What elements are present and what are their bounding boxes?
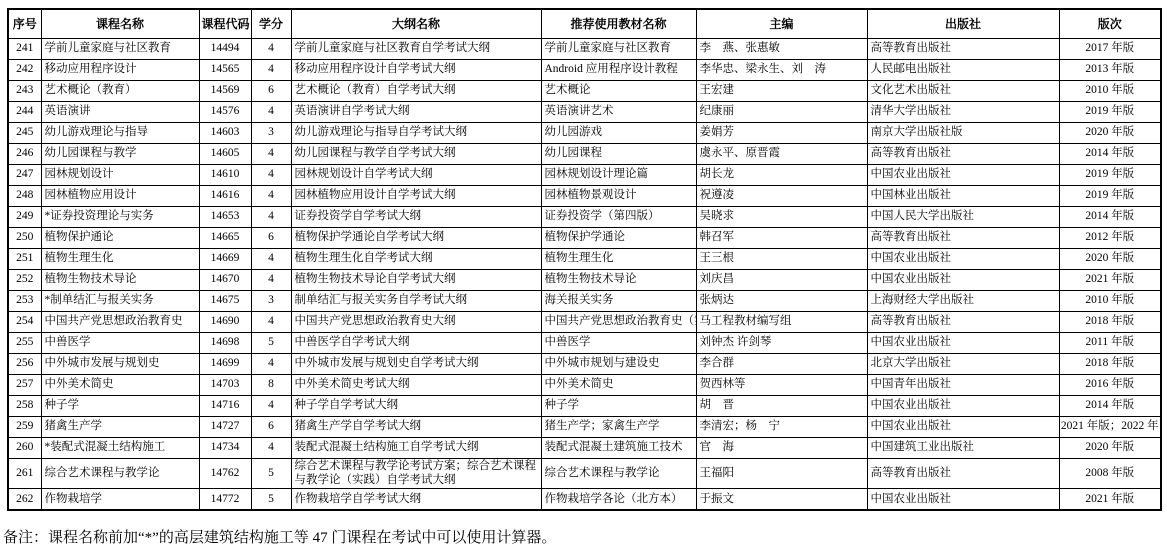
table-row: 244英语演讲145764英语演讲自学考试大纲英语演讲艺术纪康丽清华大学出版社2… — [8, 101, 1161, 122]
table-cell: 高等教育出版社 — [867, 143, 1059, 164]
table-cell: 综合艺术课程与教学论考试方案；综合艺术课程与教学论（实践）自学考试大纲 — [291, 458, 541, 489]
table-cell: 植物生物技术导论 — [41, 269, 199, 290]
table-cell: 250 — [8, 227, 41, 248]
table-cell: 中国青年出版社 — [867, 374, 1059, 395]
table-cell: 14716 — [199, 395, 251, 416]
table-cell: 248 — [8, 185, 41, 206]
table-cell: 254 — [8, 311, 41, 332]
table-cell: 猪禽生产学 — [41, 416, 199, 437]
table-cell: 姜娟芳 — [696, 122, 867, 143]
table-cell: 艺术概论（教育） — [41, 80, 199, 101]
table-cell: 上海财经大学出版社 — [867, 290, 1059, 311]
table-cell: 2021 年版 — [1059, 489, 1161, 510]
table-cell: 2013 年版 — [1059, 59, 1161, 80]
table-row: 256中外城市发展与规划史146994中外城市发展与规划史自学考试大纲中外城市规… — [8, 353, 1161, 374]
table-body: 241学前儿童家庭与社区教育144944学前儿童家庭与社区教育自学考试大纲学前儿… — [8, 38, 1161, 510]
table-cell: 清华大学出版社 — [867, 101, 1059, 122]
table-cell: 14576 — [199, 101, 251, 122]
table-cell: 中国共产党思想政治教育史大纲 — [291, 311, 541, 332]
table-cell: 学前儿童家庭与社区教育 — [41, 38, 199, 59]
table-cell: 李合群 — [696, 353, 867, 374]
table-cell: 2012 年版 — [1059, 227, 1161, 248]
table-cell: 移动应用程序设计 — [41, 59, 199, 80]
table-cell: 253 — [8, 290, 41, 311]
table-cell: 园林植物景观设计 — [541, 185, 696, 206]
table-cell: *证券投资理论与实务 — [41, 206, 199, 227]
table-cell: 2011 年版 — [1059, 332, 1161, 353]
table-cell: 植物生物技术导论自学考试大纲 — [291, 269, 541, 290]
table-cell: 258 — [8, 395, 41, 416]
table-cell: 北京大学出版社 — [867, 353, 1059, 374]
column-header: 学分 — [251, 9, 291, 38]
table-cell: 251 — [8, 248, 41, 269]
table-cell: 14565 — [199, 59, 251, 80]
table-cell: 261 — [8, 458, 41, 489]
table-cell: 中国共产党思想政治教育史（第二版） — [541, 311, 696, 332]
table-cell: 中国农业出版社 — [867, 332, 1059, 353]
table-cell: 2018 年版 — [1059, 311, 1161, 332]
table-cell: 植物生理生化自学考试大纲 — [291, 248, 541, 269]
table-cell: 作物栽培学 — [41, 489, 199, 510]
table-cell: 植物保护学通论自学考试大纲 — [291, 227, 541, 248]
table-cell: 4 — [251, 311, 291, 332]
column-header: 版次 — [1059, 9, 1161, 38]
table-cell: 2019 年版 — [1059, 101, 1161, 122]
table-cell: 4 — [251, 143, 291, 164]
table-cell: 4 — [251, 395, 291, 416]
table-cell: 幼儿园课程与教学自学考试大纲 — [291, 143, 541, 164]
table-cell: 257 — [8, 374, 41, 395]
table-cell: 中兽医学自学考试大纲 — [291, 332, 541, 353]
table-cell: 中国农业出版社 — [867, 489, 1059, 510]
table-cell: 2019 年版 — [1059, 164, 1161, 185]
table-cell: 王福阳 — [696, 458, 867, 489]
table-cell: 王宏建 — [696, 80, 867, 101]
table-cell: 幼儿园课程 — [541, 143, 696, 164]
table-cell: 中外城市发展与规划史 — [41, 353, 199, 374]
table-cell: 植物保护学通论 — [541, 227, 696, 248]
table-cell: 园林规划设计 — [41, 164, 199, 185]
table-cell: 中国建筑工业出版社 — [867, 437, 1059, 458]
table-cell: 14603 — [199, 122, 251, 143]
table-row: 247园林规划设计146104园林规划设计自学考试大纲园林规划设计理论篇胡长龙中… — [8, 164, 1161, 185]
table-row: 261综合艺术课程与教学论147625综合艺术课程与教学论考试方案；综合艺术课程… — [8, 458, 1161, 489]
document-page: 序号课程名称课程代码学分大纲名称推荐使用教材名称主编出版社版次 241学前儿童家… — [0, 0, 1167, 549]
table-cell: 3 — [251, 122, 291, 143]
table-cell: 学前儿童家庭与社区教育自学考试大纲 — [291, 38, 541, 59]
table-cell: 刘庆昌 — [696, 269, 867, 290]
table-cell: 胡长龙 — [696, 164, 867, 185]
table-cell: 文化艺术出版社 — [867, 80, 1059, 101]
header-row: 序号课程名称课程代码学分大纲名称推荐使用教材名称主编出版社版次 — [8, 9, 1161, 38]
table-cell: 马工程教材编写组 — [696, 311, 867, 332]
table-cell: 移动应用程序设计自学考试大纲 — [291, 59, 541, 80]
column-header: 课程代码 — [199, 9, 251, 38]
table-cell: 祝遵凌 — [696, 185, 867, 206]
table-cell: 2020 年版 — [1059, 248, 1161, 269]
table-cell: 综合艺术课程与教学论 — [541, 458, 696, 489]
table-cell: 2016 年版 — [1059, 374, 1161, 395]
column-header: 大纲名称 — [291, 9, 541, 38]
table-cell: 中外城市规划与建设史 — [541, 353, 696, 374]
table-cell: 4 — [251, 185, 291, 206]
table-cell: 制单结汇与报关实务自学考试大纲 — [291, 290, 541, 311]
table-cell: 256 — [8, 353, 41, 374]
table-cell: 高等教育出版社 — [867, 227, 1059, 248]
table-cell: 2014 年版 — [1059, 143, 1161, 164]
table-cell: 8 — [251, 374, 291, 395]
table-cell: 中国农业出版社 — [867, 248, 1059, 269]
table-cell: 植物生理生化 — [41, 248, 199, 269]
table-cell: 植物生物技术导论 — [541, 269, 696, 290]
table-cell: 中国林业出版社 — [867, 185, 1059, 206]
table-cell: 中兽医学 — [541, 332, 696, 353]
table-cell: 4 — [251, 248, 291, 269]
table-cell: 纪康丽 — [696, 101, 867, 122]
table-cell: 种子学 — [541, 395, 696, 416]
table-cell: 6 — [251, 227, 291, 248]
table-row: 260*装配式混凝土结构施工147344装配式混凝土结构施工自学考试大纲装配式混… — [8, 437, 1161, 458]
table-cell: 14653 — [199, 206, 251, 227]
table-cell: 14494 — [199, 38, 251, 59]
table-cell: 14727 — [199, 416, 251, 437]
table-cell: 幼儿园课程与教学 — [41, 143, 199, 164]
table-cell: 高等教育出版社 — [867, 458, 1059, 489]
table-cell: 李清宏；杨 宁 — [696, 416, 867, 437]
column-header: 推荐使用教材名称 — [541, 9, 696, 38]
table-cell: 14616 — [199, 185, 251, 206]
table-cell: 260 — [8, 437, 41, 458]
table-row: 249*证券投资理论与实务146534证券投资学自学考试大纲证券投资学（第四版）… — [8, 206, 1161, 227]
table-cell: 2017 年版 — [1059, 38, 1161, 59]
table-cell: 14772 — [199, 489, 251, 510]
table-cell: 2014 年版 — [1059, 395, 1161, 416]
table-cell: 虞永平、原晋霞 — [696, 143, 867, 164]
course-table: 序号课程名称课程代码学分大纲名称推荐使用教材名称主编出版社版次 241学前儿童家… — [7, 8, 1162, 511]
table-cell: 装配式混凝土建筑施工技术 — [541, 437, 696, 458]
table-cell: 园林规划设计理论篇 — [541, 164, 696, 185]
table-cell: 人民邮电出版社 — [867, 59, 1059, 80]
table-cell: 4 — [251, 437, 291, 458]
table-cell: 吴晓求 — [696, 206, 867, 227]
table-cell: 2020 年版 — [1059, 122, 1161, 143]
column-header: 主编 — [696, 9, 867, 38]
table-cell: 249 — [8, 206, 41, 227]
table-cell: 4 — [251, 353, 291, 374]
table-cell: 4 — [251, 59, 291, 80]
table-cell: 中国农业出版社 — [867, 416, 1059, 437]
table-cell: 李 燕、张惠敏 — [696, 38, 867, 59]
table-cell: 中国人民大学出版社 — [867, 206, 1059, 227]
table-cell: 中国农业出版社 — [867, 269, 1059, 290]
table-row: 253*制单结汇与报关实务146753制单结汇与报关实务自学考试大纲海关报关实务… — [8, 290, 1161, 311]
table-cell: 247 — [8, 164, 41, 185]
table-cell: 2014 年版 — [1059, 206, 1161, 227]
table-cell: 14665 — [199, 227, 251, 248]
table-cell: 14675 — [199, 290, 251, 311]
table-cell: 6 — [251, 80, 291, 101]
table-cell: 官 海 — [696, 437, 867, 458]
table-cell: 植物保护通论 — [41, 227, 199, 248]
table-cell: 14610 — [199, 164, 251, 185]
table-cell: 245 — [8, 122, 41, 143]
table-cell: 14690 — [199, 311, 251, 332]
table-cell: 5 — [251, 332, 291, 353]
table-cell: 2010 年版 — [1059, 80, 1161, 101]
table-cell: 5 — [251, 489, 291, 510]
table-cell: 艺术概论 — [541, 80, 696, 101]
table-cell: 高等教育出版社 — [867, 38, 1059, 59]
table-cell: 张炳达 — [696, 290, 867, 311]
table-cell: 王三根 — [696, 248, 867, 269]
table-cell: 高等教育出版社 — [867, 311, 1059, 332]
column-header: 序号 — [8, 9, 41, 38]
table-cell: 南京大学出版社版 — [867, 122, 1059, 143]
table-cell: 中国农业出版社 — [867, 395, 1059, 416]
table-cell: 作物栽培学各论（北方本） — [541, 489, 696, 510]
table-cell: 胡 晋 — [696, 395, 867, 416]
table-cell: 作物栽培学自学考试大纲 — [291, 489, 541, 510]
table-cell: 园林植物应用设计自学考试大纲 — [291, 185, 541, 206]
table-cell: 中外美术简史 — [41, 374, 199, 395]
table-row: 251植物生理生化146694植物生理生化自学考试大纲植物生理生化王三根中国农业… — [8, 248, 1161, 269]
table-cell: 贺西林等 — [696, 374, 867, 395]
table-cell: 4 — [251, 206, 291, 227]
table-cell: 园林规划设计自学考试大纲 — [291, 164, 541, 185]
table-cell: 学前儿童家庭与社区教育 — [541, 38, 696, 59]
table-cell: 种子学 — [41, 395, 199, 416]
table-cell: 2021 年版 — [1059, 269, 1161, 290]
table-cell: 3 — [251, 290, 291, 311]
table-cell: 14699 — [199, 353, 251, 374]
table-row: 252植物生物技术导论146704植物生物技术导论自学考试大纲植物生物技术导论刘… — [8, 269, 1161, 290]
table-cell: 2021 年版；2022 年 — [1059, 416, 1161, 437]
table-cell: 241 — [8, 38, 41, 59]
column-header: 课程名称 — [41, 9, 199, 38]
table-cell: 14669 — [199, 248, 251, 269]
table-cell: 园林植物应用设计 — [41, 185, 199, 206]
table-cell: 英语演讲自学考试大纲 — [291, 101, 541, 122]
table-cell: 242 — [8, 59, 41, 80]
table-cell: 14605 — [199, 143, 251, 164]
table-cell: 6 — [251, 416, 291, 437]
table-cell: 英语演讲艺术 — [541, 101, 696, 122]
table-cell: 幼儿游戏理论与指导自学考试大纲 — [291, 122, 541, 143]
table-cell: 中国农业出版社 — [867, 164, 1059, 185]
table-row: 259猪禽生产学147276猪禽生产学自学考试大纲猪生产学；家禽生产学李清宏；杨… — [8, 416, 1161, 437]
table-row: 243艺术概论（教育）145696艺术概论（教育）自学考试大纲艺术概论王宏建文化… — [8, 80, 1161, 101]
table-row: 242移动应用程序设计145654移动应用程序设计自学考试大纲Android 应… — [8, 59, 1161, 80]
table-cell: 中外美术简史考试大纲 — [291, 374, 541, 395]
table-cell: 2010 年版 — [1059, 290, 1161, 311]
table-row: 241学前儿童家庭与社区教育144944学前儿童家庭与社区教育自学考试大纲学前儿… — [8, 38, 1161, 59]
table-cell: 2018 年版 — [1059, 353, 1161, 374]
table-cell: 4 — [251, 269, 291, 290]
table-cell: 中外城市发展与规划史自学考试大纲 — [291, 353, 541, 374]
table-cell: 于振文 — [696, 489, 867, 510]
table-cell: Android 应用程序设计教程 — [541, 59, 696, 80]
table-row: 250植物保护通论146656植物保护学通论自学考试大纲植物保护学通论韩召军高等… — [8, 227, 1161, 248]
table-cell: 植物生理生化 — [541, 248, 696, 269]
table-cell: 猪生产学；家禽生产学 — [541, 416, 696, 437]
table-cell: 14734 — [199, 437, 251, 458]
table-cell: 综合艺术课程与教学论 — [41, 458, 199, 489]
table-cell: 4 — [251, 38, 291, 59]
table-cell: 262 — [8, 489, 41, 510]
table-cell: 14698 — [199, 332, 251, 353]
table-row: 248园林植物应用设计146164园林植物应用设计自学考试大纲园林植物景观设计祝… — [8, 185, 1161, 206]
table-cell: 259 — [8, 416, 41, 437]
table-cell: 艺术概论（教育）自学考试大纲 — [291, 80, 541, 101]
table-row: 246幼儿园课程与教学146054幼儿园课程与教学自学考试大纲幼儿园课程虞永平、… — [8, 143, 1161, 164]
table-cell: 2008 年版 — [1059, 458, 1161, 489]
table-row: 258种子学147164种子学自学考试大纲种子学胡 晋中国农业出版社2014 年… — [8, 395, 1161, 416]
table-cell: 255 — [8, 332, 41, 353]
table-cell: 证券投资学（第四版） — [541, 206, 696, 227]
table-row: 254中国共产党思想政治教育史146904中国共产党思想政治教育史大纲中国共产党… — [8, 311, 1161, 332]
table-cell: 中兽医学 — [41, 332, 199, 353]
table-cell: 246 — [8, 143, 41, 164]
table-cell: 4 — [251, 164, 291, 185]
table-cell: 244 — [8, 101, 41, 122]
table-row: 257中外美术简史147038中外美术简史考试大纲中外美术简史贺西林等中国青年出… — [8, 374, 1161, 395]
table-cell: 海关报关实务 — [541, 290, 696, 311]
table-cell: 猪禽生产学自学考试大纲 — [291, 416, 541, 437]
table-cell: 英语演讲 — [41, 101, 199, 122]
table-cell: 5 — [251, 458, 291, 489]
table-row: 255中兽医学146985中兽医学自学考试大纲中兽医学刘钟杰 许剑琴中国农业出版… — [8, 332, 1161, 353]
table-row: 245幼儿游戏理论与指导146033幼儿游戏理论与指导自学考试大纲幼儿园游戏姜娟… — [8, 122, 1161, 143]
table-cell: 韩召军 — [696, 227, 867, 248]
table-row: 262作物栽培学147725作物栽培学自学考试大纲作物栽培学各论（北方本）于振文… — [8, 489, 1161, 510]
table-cell: 证券投资学自学考试大纲 — [291, 206, 541, 227]
table-cell: 14670 — [199, 269, 251, 290]
table-cell: 中外美术简史 — [541, 374, 696, 395]
table-cell: 幼儿园游戏 — [541, 122, 696, 143]
footnote: 备注：课程名称前加“*”的高层建筑结构施工等 47 门课程在考试中可以使用计算器… — [3, 526, 556, 547]
table-cell: 幼儿游戏理论与指导 — [41, 122, 199, 143]
table-cell: 李华忠、梁永生、刘 涛 — [696, 59, 867, 80]
table-cell: 2019 年版 — [1059, 185, 1161, 206]
table-cell: 14762 — [199, 458, 251, 489]
table-cell: *装配式混凝土结构施工 — [41, 437, 199, 458]
column-header: 出版社 — [867, 9, 1059, 38]
table-cell: 252 — [8, 269, 41, 290]
table-cell: 2020 年版 — [1059, 437, 1161, 458]
table-header: 序号课程名称课程代码学分大纲名称推荐使用教材名称主编出版社版次 — [8, 9, 1161, 38]
table-cell: 14569 — [199, 80, 251, 101]
table-cell: 243 — [8, 80, 41, 101]
table-cell: 装配式混凝土结构施工自学考试大纲 — [291, 437, 541, 458]
table-cell: 种子学自学考试大纲 — [291, 395, 541, 416]
table-cell: 中国共产党思想政治教育史 — [41, 311, 199, 332]
table-cell: 4 — [251, 101, 291, 122]
table-cell: 14703 — [199, 374, 251, 395]
table-cell: 刘钟杰 许剑琴 — [696, 332, 867, 353]
table-cell: *制单结汇与报关实务 — [41, 290, 199, 311]
